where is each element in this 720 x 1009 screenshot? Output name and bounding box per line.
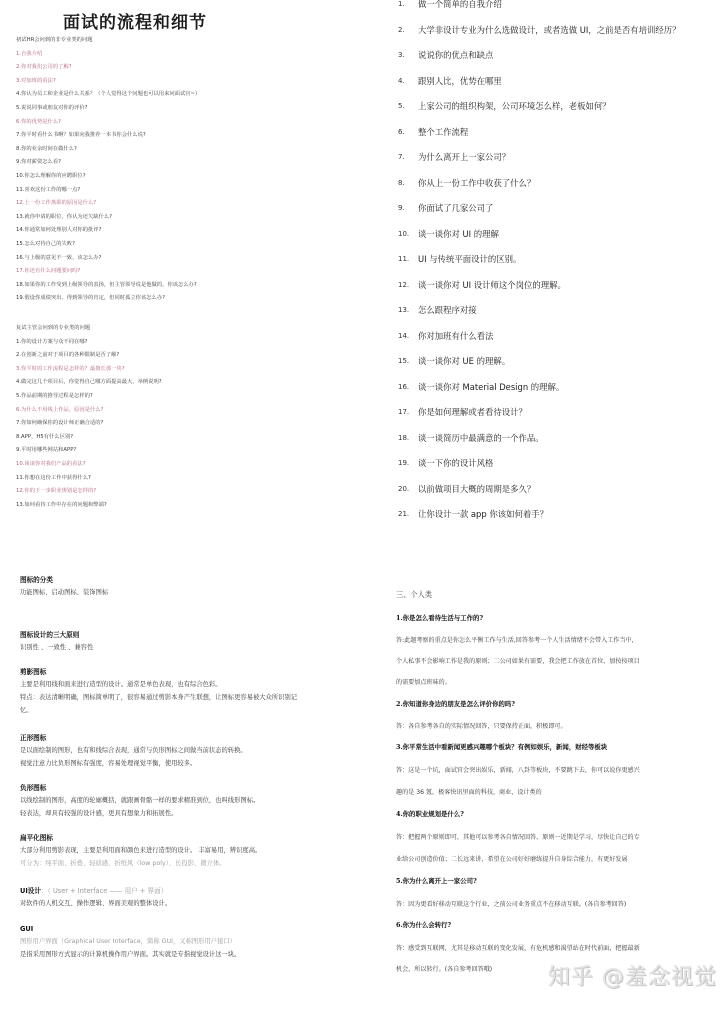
- list-item: 19.谈一下你的设计风格: [398, 456, 681, 482]
- list-item: 1.你的设计方案与众不同在哪?: [16, 336, 162, 350]
- question: 3.你平常生活中看新闻更感兴趣哪个板块？有例如娱乐，新闻，财经等板块: [396, 742, 607, 751]
- item-text: 跟别人比，优势在哪里: [418, 74, 502, 100]
- zhihu-watermark: 知乎 @羞念视觉: [548, 960, 717, 991]
- item-number: 12.: [398, 278, 418, 304]
- item-number: 7.: [398, 150, 418, 176]
- list-item: 19.假设你成绩突出，得到领导的肯定，但同时孤立你该怎么办?: [16, 292, 200, 306]
- answer-line: 答：这是一个坑，面试官会突出娱乐，新闻，八卦等板块，不要跳下去，你可以说你更感兴: [396, 765, 640, 774]
- item-text: 谈一谈你对 Material Design 的理解。: [418, 380, 564, 406]
- section-line: 是指采用图形方式显示的计算机操作用户界面。其实就是专指视觉设计这一块。: [20, 948, 240, 961]
- section-line: 忆。: [20, 704, 297, 717]
- section-line: 视觉注意力比负形图标有强度，容易处理视觉平衡，使用较多。: [20, 757, 247, 770]
- section-heading: 图标的分类: [20, 574, 108, 586]
- section-positive-icons: 正形图标 是以面绘制的图形，也有和线综合表现，通常与负形图标之间做当前状态的转换…: [20, 732, 247, 770]
- list-item: 10.谈谈你对我们产品的看法?: [16, 458, 162, 472]
- list-item: 21.让你设计一款 app 你该如何着手？: [398, 507, 681, 533]
- list-item: 11.喜欢这份工作的哪一点?: [16, 184, 200, 198]
- item-text: 你是如何理解或者看待设计？: [418, 405, 527, 431]
- supervisor-questions-list: 复试主管会问到的专业类的问题 1.你的设计方案与众不同在哪? 2.在创新之前对于…: [16, 322, 162, 512]
- item-text: 谈一谈你对 UE 的理解。: [418, 354, 510, 380]
- section-line: 轻表达，却具有较强的设计感，更具有想象力和拓展性。: [20, 807, 259, 820]
- answer-line: 答:此题考察的重点是你怎么平衡工作与生活,回答参考一个人生活情绪不会带入工作当中…: [396, 635, 638, 644]
- list-item: 20.以前做项目大概的周期是多久？: [398, 482, 681, 508]
- list-item: 18.如果你的工作受到上级领导的表扬，但主管领导说是他做的，你该怎么办?: [16, 279, 200, 293]
- list-item: 2.在创新之前对于项目的各种限制是否了解?: [16, 349, 162, 363]
- section-header: 初试HR会问到的非专业类的问题: [16, 34, 200, 48]
- item-number: 18.: [398, 431, 418, 457]
- answer-line: 趣的是 36 氪，极客快讯里面的科技，商业，设计类的: [396, 787, 542, 796]
- item-text: 谈一谈你对 UI 设计师这个岗位的理解。: [418, 278, 566, 304]
- list-item: 5.作品前期的推导过程是怎样的?: [16, 390, 162, 404]
- section-line: 对软件的人机交互、操作逻辑、界面美观的整体设计。: [20, 897, 171, 910]
- section-ui-design: UI设计：（ User + Interface —— 用户 + 界面） 对软件的…: [20, 885, 171, 910]
- question: 5.你为什么离开上一家公司?: [396, 876, 477, 885]
- list-item: 13.就你申请的职位，你认为还欠缺什么?: [16, 211, 200, 225]
- list-item: 8.你从上一份工作中收获了什么？: [398, 176, 681, 202]
- list-item: 13.如何看待工作中存在的问题和弊端?: [16, 499, 162, 513]
- list-item: 2.你对我们公司的了解?: [16, 61, 200, 75]
- item-text: 你对加班有什么看法: [418, 329, 493, 355]
- list-item: 12.谈一谈你对 UI 设计师这个岗位的理解。: [398, 278, 681, 304]
- item-text: 整个工作流程: [418, 125, 468, 151]
- list-item: 14.你通常如何处理别人对你的批评?: [16, 224, 200, 238]
- item-text: 说说你的优点和缺点: [418, 48, 493, 74]
- section-flat-icons: 扁平化图标 大部分利用剪影表现，主要是利用面和颜色来进行造型的设计。 丰富易用，…: [20, 832, 261, 870]
- answer-line: 答：各自参考各自的实际情况回答，只要保持正面，积极即可。: [396, 721, 567, 730]
- list-item: 15.怎么对待自己的失败?: [16, 238, 200, 252]
- section-heading: UI设计：（ User + Interface —— 用户 + 界面）: [20, 885, 171, 897]
- list-item: 1.自我介绍: [16, 48, 200, 62]
- item-text: 你面试了几家公司了: [418, 201, 493, 227]
- list-item: 8.你的业余时间在做什么?: [16, 143, 200, 157]
- item-number: 8.: [398, 176, 418, 202]
- interview-process-panel: 面试的流程和细节 初试HR会问到的非专业类的问题 1.自我介绍 2.你对我们公司…: [0, 0, 360, 560]
- answer-line: 答：感受到互联网，尤其是移动互联的变化发展，有危机感和渴望站在时代前面，把握最新: [396, 943, 640, 952]
- section-heading: 扁平化图标: [20, 832, 261, 844]
- heading-suffix: ：（ User + Interface —— 用户 + 界面）: [41, 887, 167, 895]
- item-number: 2.: [398, 23, 418, 49]
- item-text: 大学非设计专业为什么选做设计，或者选做 UI，之前是否有培训经历？: [418, 23, 681, 49]
- list-item: 4.你认为员工和企业是什么关系？（个人觉得这个问题也可以用来问面试官~）: [16, 88, 200, 102]
- section-line: 特点：表达清晰明确，图标简单明了，很容易通过剪影本身产生联想，让图标更容易被大众…: [20, 691, 297, 704]
- list-item: 2.大学非设计专业为什么选做设计，或者选做 UI，之前是否有培训经历？: [398, 23, 681, 49]
- answer-line: 个人私事不会影响工作是我的原则；二公司如果有需要，我会把工作放在首位，加按按项目: [396, 656, 640, 665]
- section-icon-principles: 图标设计的三大原则 识别性 、一致性 、兼容性: [20, 629, 93, 654]
- section-heading: 负形图标: [20, 782, 259, 794]
- item-text: 做一个简单的自我介绍: [418, 0, 502, 23]
- section-heading: 正形图标: [20, 732, 247, 744]
- item-number: 9.: [398, 201, 418, 227]
- item-number: 16.: [398, 380, 418, 406]
- list-item: 10.你怎么理解你的应聘职位?: [16, 170, 200, 184]
- list-item: 16.谈一谈你对 Material Design 的理解。: [398, 380, 681, 406]
- item-number: 14.: [398, 329, 418, 355]
- list-item: 6.你的优势是什么?: [16, 116, 200, 130]
- heading-text: UI设计: [20, 887, 41, 895]
- item-number: 15.: [398, 354, 418, 380]
- list-item: 17.你还有什么问题要问吗?: [16, 265, 200, 279]
- section-line: 大部分利用剪影表现，主要是利用面和颜色来进行造型的设计。 丰富易用，辨识度高。: [20, 844, 261, 857]
- list-item: 1.做一个简单的自我介绍: [398, 0, 681, 23]
- answer-line: 答：把握两个原则即可，其他可以参考各自情况回答，原则一近期是学习，尽快让自己的专: [396, 832, 640, 841]
- section-silhouette-icons: 剪影图标 主要是利用线和面来进行造型的设计。通常是单色表现，也有综合色彩。 特点…: [20, 666, 297, 717]
- icon-design-notes-panel: 图标的分类 功能图标、启动图标、装饰图标 图标设计的三大原则 识别性 、一致性 …: [0, 570, 370, 1009]
- list-item: 10.谈一谈你对 UI 的理解: [398, 227, 681, 253]
- item-text: 谈一谈简历中最满意的一个作品。: [418, 431, 544, 457]
- list-item: 7.为什么离开上一家公司？: [398, 150, 681, 176]
- section-gui: GUI 图形用户界面（Graphical User Interface，简称 G…: [20, 923, 240, 961]
- answer-line: 机会，所以转行。(各自参考回答哦): [396, 964, 492, 973]
- list-item: 17.你是如何理解或者看待设计？: [398, 405, 681, 431]
- numbered-questions-panel: 1.做一个简单的自我介绍2.大学非设计专业为什么选做设计，或者选做 UI，之前是…: [380, 0, 720, 560]
- item-text: 以前做项目大概的周期是多久？: [418, 482, 535, 508]
- list-item: 16.与上级的意见不一致，该怎么办?: [16, 252, 200, 266]
- list-item: 15.谈一谈你对 UE 的理解。: [398, 354, 681, 380]
- list-item: 11.你想在这份工作中获得什么?: [16, 472, 162, 486]
- list-item: 14.你对加班有什么看法: [398, 329, 681, 355]
- section-heading: 剪影图标: [20, 666, 297, 678]
- list-item: 9.平时用哪些网站和APP?: [16, 444, 162, 458]
- section-line: 识别性 、一致性 、兼容性: [20, 641, 93, 654]
- question: 4.你的职业规划是什么?: [396, 809, 464, 818]
- numbered-questions-list: 1.做一个简单的自我介绍2.大学非设计专业为什么选做设计，或者选做 UI，之前是…: [398, 0, 681, 533]
- list-item: 7.你如何确保你的设计师正确合适的?: [16, 417, 162, 431]
- item-text: 谈一谈你对 UI 的理解: [418, 227, 499, 253]
- question: 2.你知道你身边的朋友是怎么评价你的吗?: [396, 699, 515, 708]
- item-number: 1.: [398, 0, 418, 23]
- item-text: UI 与传统平面设计的区别。: [418, 252, 521, 278]
- list-item: 7.你平时看什么书啊？如果向我推荐一本书你会什么说?: [16, 129, 200, 143]
- list-item: 5.说说同事或朋友对你的评价?: [16, 102, 200, 116]
- section-heading: 三、个人类: [396, 590, 432, 600]
- item-number: 19.: [398, 456, 418, 482]
- item-number: 21.: [398, 507, 418, 533]
- hr-questions-list: 初试HR会问到的非专业类的问题 1.自我介绍 2.你对我们公司的了解? 3.对加…: [16, 34, 200, 306]
- list-item: 9.你面试了几家公司了: [398, 201, 681, 227]
- list-item: 8.APP，H5有什么区别?: [16, 431, 162, 445]
- item-text: 上家公司的组织构架，公司环境怎么样，老板如何？: [418, 99, 611, 125]
- list-item: 3.说说你的优点和缺点: [398, 48, 681, 74]
- section-icon-categories: 图标的分类 功能图标、启动图标、装饰图标: [20, 574, 108, 599]
- list-item: 3.你平时的工作流程是怎样的？最擅长那一块?: [16, 363, 162, 377]
- list-item: 5.上家公司的组织构架，公司环境怎么样，老板如何？: [398, 99, 681, 125]
- personal-questions-panel: 三、个人类 1.你是怎么看待生活与工作的? 答:此题考察的重点是你怎么平衡工作与…: [380, 570, 720, 1009]
- answer-line: 的需要加点班味的。: [396, 677, 451, 686]
- item-number: 17.: [398, 405, 418, 431]
- list-item: 6.为什么不用线上作品，原因是什么?: [16, 404, 162, 418]
- item-number: 3.: [398, 48, 418, 74]
- section-note: 图形用户界面（Graphical User Interface，简称 GUI，又…: [20, 935, 240, 948]
- section-note: 可分为：纯平面、折叠、轻质感、折纸风（low poly）、长投影、微立体。: [20, 857, 261, 870]
- item-number: 4.: [398, 74, 418, 100]
- item-number: 10.: [398, 227, 418, 253]
- answer-line: 业给公司创造价值；二长远来讲，希望在公司好好磨练提升自身综合能力，有更好发展: [396, 854, 628, 863]
- section-line: 是以面绘制的图形，也有和线综合表现，通常与负形图标之间做当前状态的转换。: [20, 744, 247, 757]
- item-number: 6.: [398, 125, 418, 151]
- item-number: 5.: [398, 99, 418, 125]
- section-negative-icons: 负形图标 以线绘制的图形，高度的轮廓概括，就跟画骨骼一样的要求精准到位，也叫线形…: [20, 782, 259, 820]
- section-line: 功能图标、启动图标、装饰图标: [20, 586, 108, 599]
- list-item: 12.你的下一步职业规划是怎样的?: [16, 485, 162, 499]
- item-text: 你从上一份工作中收获了什么？: [418, 176, 535, 202]
- list-item: 11.UI 与传统平面设计的区别。: [398, 252, 681, 278]
- list-item: 12.上一份工作离职的原因是什么?: [16, 197, 200, 211]
- item-number: 11.: [398, 252, 418, 278]
- list-item: 4.做完这几个项目后，你觉得自己哪方面提高最大，举例说明?: [16, 376, 162, 390]
- section-heading: 图标设计的三大原则: [20, 629, 93, 641]
- list-item: 4.跟别人比，优势在哪里: [398, 74, 681, 100]
- section-heading: GUI: [20, 923, 240, 935]
- question: 1.你是怎么看待生活与工作的?: [396, 613, 483, 622]
- item-text: 让你设计一款 app 你该如何着手？: [418, 507, 548, 533]
- item-text: 为什么离开上一家公司？: [418, 150, 510, 176]
- page-title: 面试的流程和细节: [0, 8, 270, 33]
- section-line: 以线绘制的图形，高度的轮廓概括，就跟画骨骼一样的要求精准到位，也叫线形图标。: [20, 794, 259, 807]
- item-number: 13.: [398, 303, 418, 329]
- item-text: 怎么跟程序对接: [418, 303, 477, 329]
- list-item: 6.整个工作流程: [398, 125, 681, 151]
- section-header: 复试主管会问到的专业类的问题: [16, 322, 162, 336]
- list-item: 18.谈一谈简历中最满意的一个作品。: [398, 431, 681, 457]
- section-line: 主要是利用线和面来进行造型的设计。通常是单色表现，也有综合色彩。: [20, 678, 297, 691]
- item-number: 20.: [398, 482, 418, 508]
- list-item: 9.你对薪资怎么看?: [16, 156, 200, 170]
- question: 6.你为什么会转行?: [396, 920, 451, 929]
- list-item: 13.怎么跟程序对接: [398, 303, 681, 329]
- item-text: 谈一下你的设计风格: [418, 456, 493, 482]
- list-item: 3.对加班的看法?: [16, 75, 200, 89]
- answer-line: 答：因为更看好移动互联这个行业，之前公司业务重点不在移动互联。(各自参考回答): [396, 899, 626, 908]
